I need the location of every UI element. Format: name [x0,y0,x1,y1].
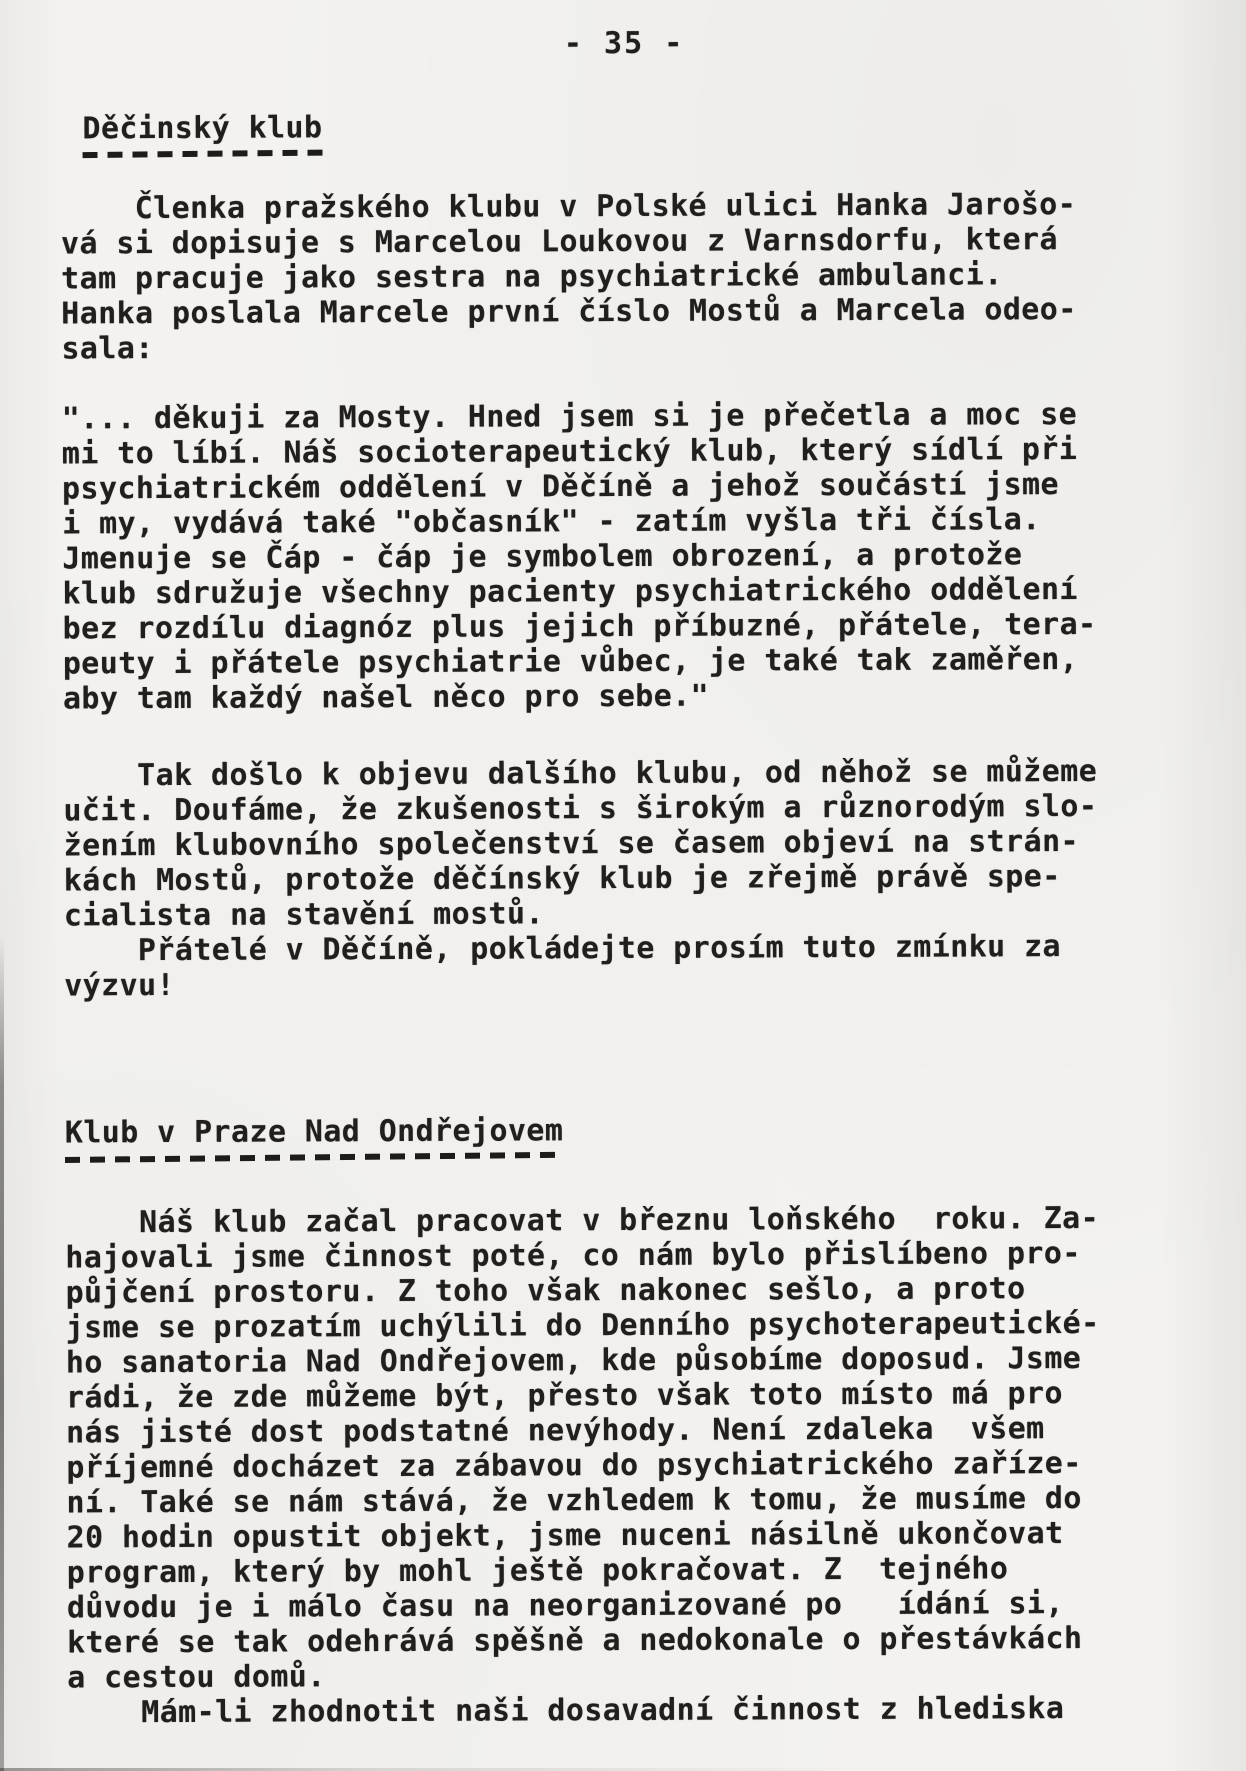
section-heading-text: Děčinský klub [82,110,322,146]
paragraph-letter-quote: "... děkuji za Mosty. Hned jsem si je př… [62,397,1191,717]
section-nad-ondrejovem: Klub v Praze Nad Ondřejovem Náš klub zač… [65,1111,1196,1731]
page-number: - 35 - [60,24,1188,64]
document-page: - 35 - Děčinský klub Členka pražského kl… [60,24,1195,1731]
scan-artifact-left-edge [0,935,4,1771]
section-spacer [64,999,1192,1116]
section-decin: Děčinský klub Členka pražského klubu v P… [60,107,1192,1004]
paragraph-appeal: Přátelé v Děčíně, pokládejte prosím tuto… [64,929,1192,1004]
section-heading-decin: Děčinský klub [82,110,322,161]
paragraph-evaluation-start: Mám-li zhodnotit naši dosavadní činnost … [67,1691,1195,1731]
paragraph-club-history: Náš klub začal pracovat v březnu loňskéh… [65,1201,1195,1696]
paragraph-intro: Členka pražského klubu v Polské ulici Ha… [61,187,1190,367]
section-heading-nad-ondrejovem: Klub v Praze Nad Ondřejovem [65,1113,564,1165]
section-heading-text: Klub v Praze Nad Ondřejovem [65,1113,564,1150]
paragraph-commentary: Tak došlo k objevu dalšího klubu, od něh… [63,754,1192,934]
dashed-underline [83,150,323,159]
dashed-underline [65,1152,564,1163]
